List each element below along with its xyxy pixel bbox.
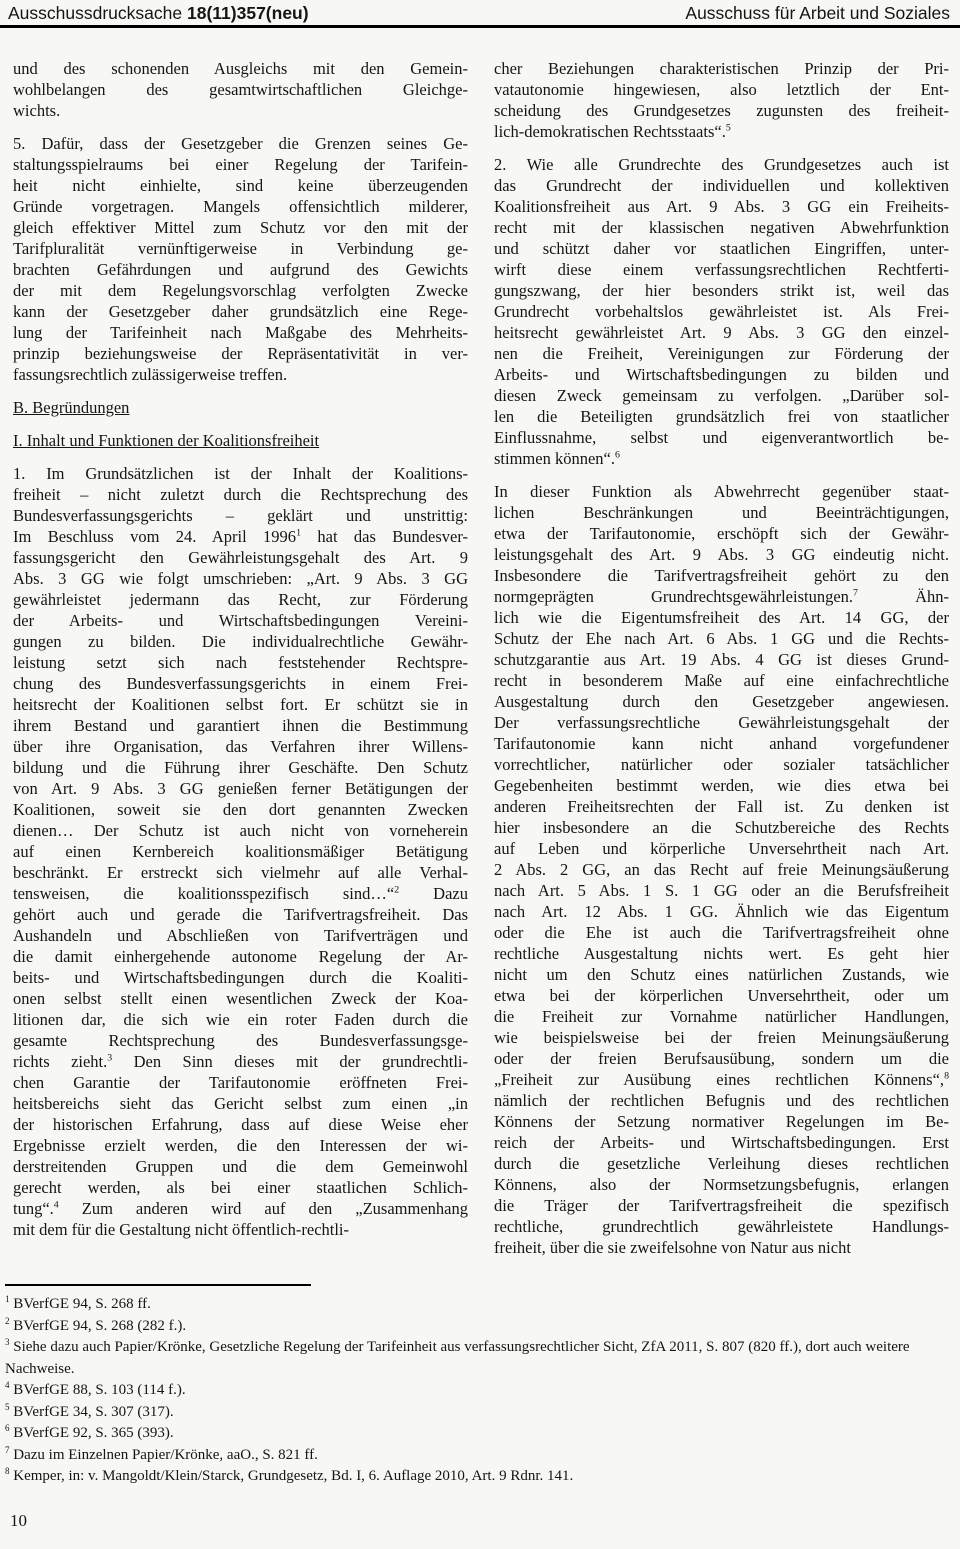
text-line: nach Art. 12 Abs. 1 GG. Ähnlich wie das … — [494, 901, 949, 922]
right-column: cher Beziehungen charakteristischen Prin… — [494, 58, 949, 1258]
footnote: 2 BVerfGE 94, S. 268 (282 f.). — [5, 1316, 950, 1338]
text-line: und des schonenden Ausgleichs mit den Ge… — [13, 58, 468, 79]
paragraph: 5. Dafür, dass der Gesetzgeber die Grenz… — [13, 133, 468, 385]
text-line: Der verfassungsrechtliche Gewährleistung… — [494, 712, 949, 733]
paragraph: In dieser Funktion als Abwehrrecht gegen… — [494, 481, 949, 1258]
text-line: oder der freien Berufsausübung, sondern … — [494, 1048, 949, 1069]
text-line: Könnens der Setzung normativer Regelunge… — [494, 1111, 949, 1132]
footnote-text: Siehe dazu auch Papier/Krönke, Gesetzlic… — [5, 1339, 910, 1377]
text-line: derstreitenden Gruppen und die dem Gemei… — [13, 1156, 468, 1177]
text-line: lich wie die Eigentumsfreiheit des Art. … — [494, 607, 949, 628]
text-line: von Art. 9 Abs. 3 GG genießen ferner Bet… — [13, 778, 468, 799]
text-line: recht in besonderem Maße auf eine einfac… — [494, 670, 949, 691]
text-line: len die Beteiligten grundsätzlich frei v… — [494, 406, 949, 427]
text-line: scheidung des Grundgesetzes zugunsten de… — [494, 100, 949, 121]
text-line: „Freiheit zur Ausübung eines rechtlichen… — [494, 1069, 949, 1090]
footnote-text: BVerfGE 92, S. 365 (393). — [13, 1425, 173, 1441]
text-line: freiheit – nicht zuletzt durch die Recht… — [13, 484, 468, 505]
text-line: Insbesondere die Tarifvertragsfreiheit g… — [494, 565, 949, 586]
text-line: Im Beschluss vom 24. April 19961 hat das… — [13, 526, 468, 547]
left-column: und des schonenden Ausgleichs mit den Ge… — [13, 58, 468, 1258]
text-line: auf einen Kernbereich koalitionsmäßiger … — [13, 841, 468, 862]
text-line: onen selbst stellt einen wesentlichen Zw… — [13, 988, 468, 1009]
text-line: Ergebnisse erzielt werden, die den Inter… — [13, 1135, 468, 1156]
text-line: gesamte Rechtsprechung des Bundesverfass… — [13, 1030, 468, 1051]
footnote-marker: 2 — [5, 1316, 10, 1326]
text-line: nicht um den Schutz eines natürlichen Zu… — [494, 964, 949, 985]
text-line: Koalitionsfreiheit aus Art. 9 Abs. 3 GG … — [494, 196, 949, 217]
document-id: Ausschussdrucksache 18(11)357(neu) — [8, 3, 309, 24]
text-line: heitsbereichs sieht das Gericht selbst z… — [13, 1093, 468, 1114]
body-columns: und des schonenden Ausgleichs mit den Ge… — [13, 58, 949, 1258]
text-line: ihrem Bestand und garantiert ihnen die B… — [13, 715, 468, 736]
text-line: chung des Bundesverfassungsgerichts in e… — [13, 673, 468, 694]
text-line: gleich effektiver Mittel zum Schutz vor … — [13, 217, 468, 238]
footnote-text: BVerfGE 34, S. 307 (317). — [13, 1404, 173, 1420]
text-line: heitsrecht gewährleistet Art. 9 Abs. 3 G… — [494, 322, 949, 343]
text-line: Gründe vorgetragen. Mangels offensichtli… — [13, 196, 468, 217]
text-line: 2. Wie alle Grundrechte des Grundgesetze… — [494, 154, 949, 175]
text-line: nen die Freiheit, Vereinigungen zur Förd… — [494, 343, 949, 364]
text-line: tung“.4 Zum anderen wird auf den „Zusamm… — [13, 1198, 468, 1219]
text-line: Koalitionen, soweit sie den dort genannt… — [13, 799, 468, 820]
footnote-marker: 1 — [5, 1294, 10, 1304]
text-line: der Arbeits- und Wirtschaftsbedingungen … — [13, 610, 468, 631]
text-line: heit nicht einhielte, sind keine überzeu… — [13, 175, 468, 196]
text-line: etwa der Tarifautonomie, erschöpft sich … — [494, 523, 949, 544]
page-number: 10 — [10, 1510, 27, 1531]
footnote-marker: 4 — [5, 1380, 10, 1390]
text-line: brachten Gefährdungen und aufgrund des G… — [13, 259, 468, 280]
text-line: rechtliche, grundrechtlich gewährleistet… — [494, 1216, 949, 1237]
footnote-marker: 3 — [5, 1337, 10, 1347]
text-line: der historischen Erfahrung, dass auf die… — [13, 1114, 468, 1135]
text-line: leistungsgehalt des Art. 9 Abs. 3 GG ein… — [494, 544, 949, 565]
text-line: Ausgestaltung durch den Gesetzgeber ange… — [494, 691, 949, 712]
text-line: gehört auch und gerade die Tarifvertrags… — [13, 904, 468, 925]
text-line: heitsrecht der Koalitionen selbst fort. … — [13, 694, 468, 715]
text-line: prinzip beziehungsweise der Repräsentati… — [13, 343, 468, 364]
text-line: lichen Beschränkungen und Beeinträchtigu… — [494, 502, 949, 523]
paragraph: 2. Wie alle Grundrechte des Grundgesetze… — [494, 154, 949, 469]
footnote: 1 BVerfGE 94, S. 268 ff. — [5, 1294, 950, 1316]
text-line: diesen Zweck gemeinsam zu verfolgen. „Da… — [494, 385, 949, 406]
text-line: lung der Tarifeinheit nach Maßgabe des M… — [13, 322, 468, 343]
text-line: nach Art. 5 Abs. 1 S. 1 GG oder an die B… — [494, 880, 949, 901]
footnote: 4 BVerfGE 88, S. 103 (114 f.). — [5, 1380, 950, 1402]
text-line: lich-demokratischen Rechtsstaats“.5 — [494, 121, 949, 142]
footnote: 5 BVerfGE 34, S. 307 (317). — [5, 1402, 950, 1424]
text-line: die Träger der Tarifvertragsfreiheit die… — [494, 1195, 949, 1216]
text-line: wichts. — [13, 100, 468, 121]
footnote-text: BVerfGE 94, S. 268 ff. — [13, 1296, 151, 1312]
text-line: gewährleistet jedermann das Recht, zur F… — [13, 589, 468, 610]
text-line: wirft diese einem verfassungsrechtlichen… — [494, 259, 949, 280]
footnote-marker: 5 — [5, 1402, 10, 1412]
text-line: freiheit, über die sie zweifelsohne von … — [494, 1237, 949, 1258]
text-line: chen Garantie der Tarifautonomie eröffne… — [13, 1072, 468, 1093]
text-line: Einflussnahme, selbst und eigenverantwor… — [494, 427, 949, 448]
text-line: gungszwang, der hier besonders strikt is… — [494, 280, 949, 301]
footnote-list: 1 BVerfGE 94, S. 268 ff.2 BVerfGE 94, S.… — [5, 1294, 950, 1488]
text-line: gerecht werden, als bei einer staatliche… — [13, 1177, 468, 1198]
text-line: beits- und Wirtschaftsbedingungen durch … — [13, 967, 468, 988]
text-line: richts zieht.3 Den Sinn dieses mit der g… — [13, 1051, 468, 1072]
text-line: Arbeits- und Wirtschaftsbedingungen zu b… — [494, 364, 949, 385]
footnote-marker: 8 — [5, 1466, 10, 1476]
committee-name: Ausschuss für Arbeit und Soziales — [685, 3, 950, 24]
paragraph: cher Beziehungen charakteristischen Prin… — [494, 58, 949, 142]
text-line: über ihre Organisation, das Verfahren ih… — [13, 736, 468, 757]
text-line: vatautonomie hingewiesen, also letztlich… — [494, 79, 949, 100]
footnote: 6 BVerfGE 92, S. 365 (393). — [5, 1423, 950, 1445]
section-heading: I. Inhalt und Funktionen der Koalitionsf… — [13, 430, 468, 451]
text-line: cher Beziehungen charakteristischen Prin… — [494, 58, 949, 79]
text-line: tensweisen, die koalitionsspezifisch sin… — [13, 883, 468, 904]
text-line: staltungsspielraums bei einer Regelung d… — [13, 154, 468, 175]
footnote-marker: 6 — [5, 1423, 10, 1433]
text-line: hier insbesondere an die Schutzbereiche … — [494, 817, 949, 838]
text-line: Bundesverfassungsgerichts – geklärt und … — [13, 505, 468, 526]
footnote-text: Kemper, in: v. Mangoldt/Klein/Starck, Gr… — [13, 1468, 573, 1484]
text-line: fassungsrechtlich zulässigerweise treffe… — [13, 364, 468, 385]
text-line: nämlich der rechtlichen Befugnis und des… — [494, 1090, 949, 1111]
section-heading: B. Begründungen — [13, 397, 468, 418]
text-line: die Freiheit zur Vornahme natürlicher Ha… — [494, 1006, 949, 1027]
header-rule — [0, 25, 960, 28]
text-line: bildung und die Führung ihrer Geschäfte.… — [13, 757, 468, 778]
text-line: oder die Ehe ist auch die Tarifvertragsf… — [494, 922, 949, 943]
document-page: Ausschussdrucksache 18(11)357(neu) Aussc… — [0, 0, 960, 1549]
paragraph: und des schonenden Ausgleichs mit den Ge… — [13, 58, 468, 121]
text-line: recht mit der klassischen negativen Abwe… — [494, 217, 949, 238]
text-line: Könnens, also der Normsetzungsbefugnis, … — [494, 1174, 949, 1195]
text-line: Tarifpluralität vernünftigerweise in Ver… — [13, 238, 468, 259]
text-line: auf Leben und körperliche Unversehrtheit… — [494, 838, 949, 859]
text-line: mit dem für die Gestaltung nicht öffentl… — [13, 1219, 468, 1240]
text-line: leistung setzt sich nach feststehender R… — [13, 652, 468, 673]
footnote-text: BVerfGE 94, S. 268 (282 f.). — [13, 1318, 186, 1334]
text-line: der mit dem Regelungsvorschlag verfolgte… — [13, 280, 468, 301]
footnote-text: Dazu im Einzelnen Papier/Krönke, aaO., S… — [13, 1447, 318, 1463]
text-line: Abs. 3 GG wie folgt umschrieben: „Art. 9… — [13, 568, 468, 589]
footnotes-section: 1 BVerfGE 94, S. 268 ff.2 BVerfGE 94, S.… — [5, 1284, 950, 1488]
footnote: 8 Kemper, in: v. Mangoldt/Klein/Starck, … — [5, 1466, 950, 1488]
paragraph: 1. Im Grundsätzlichen ist der Inhalt der… — [13, 463, 468, 1240]
text-line: wohlbelangen des gesamtwirtschaftlichen … — [13, 79, 468, 100]
text-line: 2 Abs. 2 GG, an das Recht auf freie Mein… — [494, 859, 949, 880]
heading-line: I. Inhalt und Funktionen der Koalitionsf… — [13, 430, 468, 451]
text-line: beschränkt. Er erstreckt sich vielmehr a… — [13, 862, 468, 883]
footnote-text: BVerfGE 88, S. 103 (114 f.). — [13, 1382, 185, 1398]
text-line: In dieser Funktion als Abwehrrecht gegen… — [494, 481, 949, 502]
text-line: litionen dar, die sich wie ein roter Fad… — [13, 1009, 468, 1030]
text-line: normgeprägten Grundrechtsgewährleistunge… — [494, 586, 949, 607]
text-line: Tarifautonomie kann nicht anhand vorgefu… — [494, 733, 949, 754]
document-id-label: Ausschussdrucksache — [8, 3, 187, 23]
text-line: Aushandeln und Abschließen von Tarifvert… — [13, 925, 468, 946]
text-line: anderen Freiheitsrechten der Fall ist. Z… — [494, 796, 949, 817]
heading-line: B. Begründungen — [13, 397, 468, 418]
text-line: schutzgarantie aus Art. 19 Abs. 4 GG ist… — [494, 649, 949, 670]
text-line: kann der Gesetzgeber daher grundsätzlich… — [13, 301, 468, 322]
text-line: rechtliche Ausgestaltung nichts wert. Es… — [494, 943, 949, 964]
text-line: Schutz der Ehe nach Art. 6 Abs. 1 GG und… — [494, 628, 949, 649]
footnote: 7 Dazu im Einzelnen Papier/Krönke, aaO.,… — [5, 1445, 950, 1467]
text-line: die damit einhergehende autonome Regelun… — [13, 946, 468, 967]
text-line: Grundrecht vorbehaltslos gewährleistet i… — [494, 301, 949, 322]
text-line: durch die gesetzliche Verleihung dieses … — [494, 1153, 949, 1174]
text-line: wie beispielsweise bei der freien Meinun… — [494, 1027, 949, 1048]
text-line: vorrechtlicher, natürlicher oder soziale… — [494, 754, 949, 775]
text-line: dienen… Der Schutz ist auch nicht von vo… — [13, 820, 468, 841]
text-line: das Grundrecht der individuellen und kol… — [494, 175, 949, 196]
footnote-marker: 7 — [5, 1445, 10, 1455]
footnote: 3 Siehe dazu auch Papier/Krönke, Gesetzl… — [5, 1337, 950, 1380]
text-line: stimmen können“.6 — [494, 448, 949, 469]
text-line: reich der Arbeits- und Wirtschaftsbeding… — [494, 1132, 949, 1153]
text-line: fassungsgericht den Gewährleistungsgehal… — [13, 547, 468, 568]
text-line: 5. Dafür, dass der Gesetzgeber die Grenz… — [13, 133, 468, 154]
text-line: 1. Im Grundsätzlichen ist der Inhalt der… — [13, 463, 468, 484]
page-header: Ausschussdrucksache 18(11)357(neu) Aussc… — [8, 3, 950, 24]
text-line: Gegebenheiten bestimmt werden, wie dies … — [494, 775, 949, 796]
document-id-number: 18(11)357(neu) — [187, 3, 309, 23]
text-line: etwa bei der körperlichen Unversehrtheit… — [494, 985, 949, 1006]
text-line: und schützt daher vor staatlichen Eingri… — [494, 238, 949, 259]
text-line: gungen zu bilden. Die individualrechtlic… — [13, 631, 468, 652]
footnote-separator — [5, 1284, 311, 1286]
